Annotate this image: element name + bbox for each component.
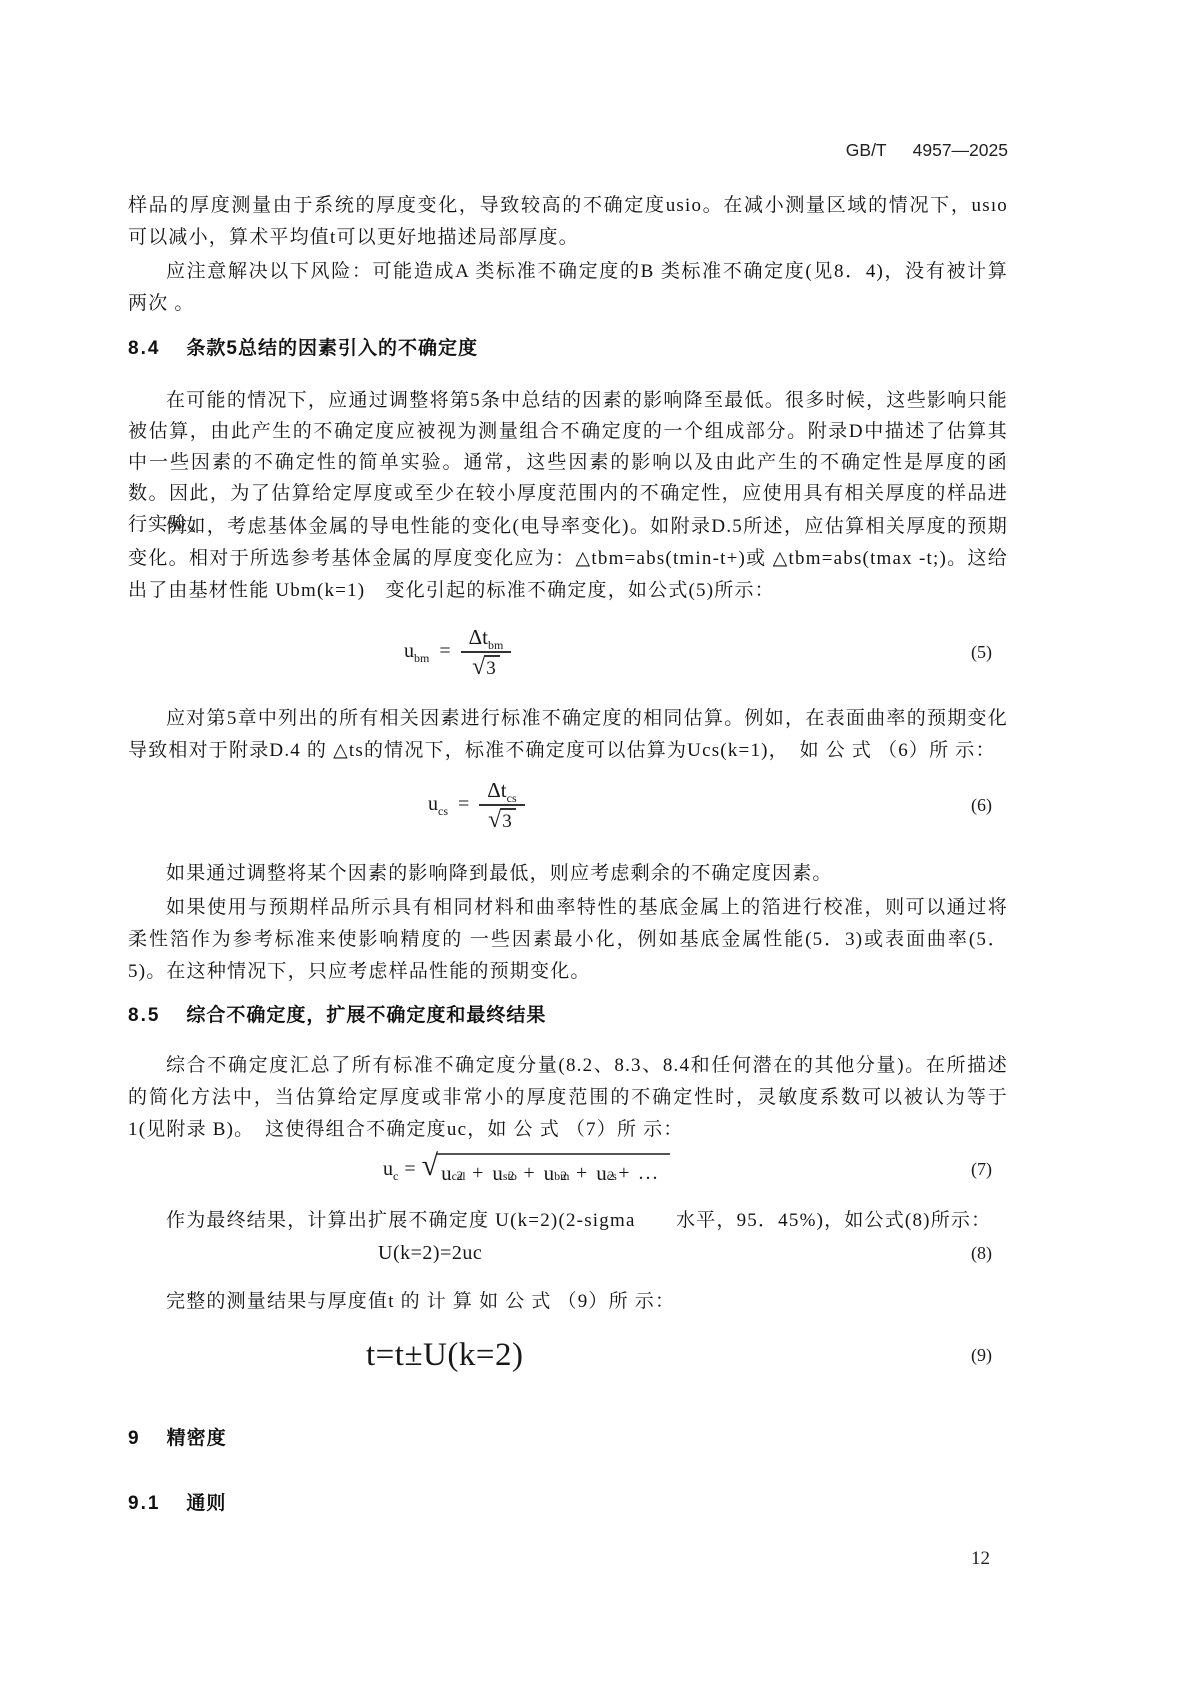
radicand: ucal2 + usto2 + ubm2 + ucs2 + ...: [437, 1153, 669, 1186]
section-heading-9: 9 精密度: [128, 1423, 1008, 1450]
plus-sign: +: [523, 1162, 534, 1185]
term-usto: usto2: [492, 1161, 514, 1186]
plus-sign: +: [576, 1162, 587, 1185]
equation-number-7: (7): [971, 1159, 1008, 1180]
equation-number-9: (9): [971, 1345, 1008, 1366]
formula-8-expression: U(k=2)=2uc: [378, 1242, 482, 1265]
section-heading-9-1: 9.1 通则: [128, 1488, 1008, 1515]
paragraph-curvature: 应对第5章中列出的所有相关因素进行标准不确定度的相同估算。例如，在表面曲率的预期…: [128, 703, 1008, 767]
section-title: 条款5总结的因素引入的不确定度: [186, 333, 478, 360]
paragraph-base-metal-example: 例如，考虑基体金属的导电性能的变化(电导率变化)。如附录D.5所述，应估算相关厚…: [128, 511, 1008, 607]
formula-8: U(k=2)=2uc (8): [128, 1236, 1008, 1270]
formula-9: t=t±U(k=2) (9): [128, 1330, 1008, 1380]
fraction: Δtcs √3: [479, 778, 524, 833]
fraction: Δtbm √3: [461, 625, 512, 680]
paragraph-combined-uncertainty: 综合不确定度汇总了所有标准不确定度分量(8.2、8.3、8.4和任何潜在的其他分…: [128, 1050, 1008, 1146]
section-number: 8.4: [128, 338, 160, 360]
term-ucal: ucal2: [441, 1161, 463, 1186]
fraction-numerator: Δtbm: [461, 625, 512, 653]
fraction-denominator: √3: [472, 653, 500, 680]
paragraph-final-result: 完整的测量结果与厚度值t 的 计 算 如 公 式 （9）所 示：: [128, 1286, 1008, 1318]
formula-5-expression: ubm = Δtbm √3: [404, 625, 511, 680]
equation-number-8: (8): [971, 1243, 1008, 1264]
paragraph-expanded-uncertainty: 作为最终结果，计算出扩展不确定度 U(k=2)(2-sigma 水平，95．45…: [128, 1205, 1008, 1237]
section-number: 9: [128, 1428, 141, 1450]
formula-lhs: uc: [383, 1158, 398, 1181]
equation-number-6: (6): [971, 795, 1008, 816]
section-title: 综合不确定度，扩展不确定度和最终结果: [186, 1000, 546, 1027]
running-header: GB/T 4957—2025: [128, 140, 1008, 161]
section-title: 精密度: [167, 1423, 227, 1450]
fraction-numerator: Δtcs: [479, 778, 524, 806]
page-number: 12: [971, 1548, 990, 1570]
paragraph-foil-calibration: 如果使用与预期样品所示具有相同材料和曲率特性的基底金属上的箔进行校准，则可以通过…: [128, 892, 1008, 988]
paragraph-intro: 样品的厚度测量由于系统的厚度变化，导致较高的不确定度usio。在减小测量区域的情…: [128, 190, 1008, 254]
equals-sign: =: [404, 1158, 415, 1181]
paragraph-risk-note: 应注意解决以下风险：可能造成A 类标准不确定度的B 类标准不确定度(见8．4)，…: [128, 256, 1008, 320]
formula-6: ucs = Δtcs √3 (6): [128, 765, 1008, 845]
formula-7: uc = √ ucal2 + usto2 + ubm2 + ucs2 + ...: [128, 1143, 1008, 1195]
plus-sign: +: [472, 1162, 483, 1185]
fraction-denominator: √3: [488, 806, 516, 833]
formula-lhs: ucs: [428, 793, 448, 816]
term-ubm: ubm2: [544, 1161, 567, 1186]
formula-6-expression: ucs = Δtcs √3: [428, 778, 525, 833]
formula-5: ubm = Δtbm √3 (5): [128, 612, 1008, 692]
section-heading-8-4: 8.4 条款5总结的因素引入的不确定度: [128, 333, 1008, 360]
term-ucs: ucs2: [596, 1161, 614, 1186]
section-title: 通则: [186, 1488, 226, 1515]
equals-sign: =: [439, 640, 450, 663]
standard-code-label: GB/T: [846, 140, 887, 161]
ellipsis-tail: + ...: [618, 1162, 659, 1185]
equation-number-5: (5): [971, 642, 1008, 663]
radical-sign: √: [422, 1151, 438, 1181]
section-number: 8.5: [128, 1005, 160, 1027]
paragraph-residual-factors: 如果通过调整将某个因素的影响降到最低，则应考虑剩余的不确定度因素。: [128, 858, 1008, 890]
formula-7-expression: uc = √ ucal2 + usto2 + ubm2 + ucs2 + ...: [383, 1153, 670, 1186]
document-page: GB/T 4957—2025 样品的厚度测量由于系统的厚度变化，导致较高的不确定…: [0, 0, 1190, 1684]
formula-9-expression: t=t±U(k=2): [366, 1337, 523, 1374]
section-number: 9.1: [128, 1493, 160, 1515]
standard-number-label: 4957—2025: [913, 140, 1008, 161]
equals-sign: =: [458, 793, 469, 816]
formula-lhs: ubm: [404, 640, 429, 663]
section-heading-8-5: 8.5 综合不确定度，扩展不确定度和最终结果: [128, 1000, 1008, 1027]
square-root: √ ucal2 + usto2 + ubm2 + ucs2 + ...: [422, 1153, 670, 1186]
